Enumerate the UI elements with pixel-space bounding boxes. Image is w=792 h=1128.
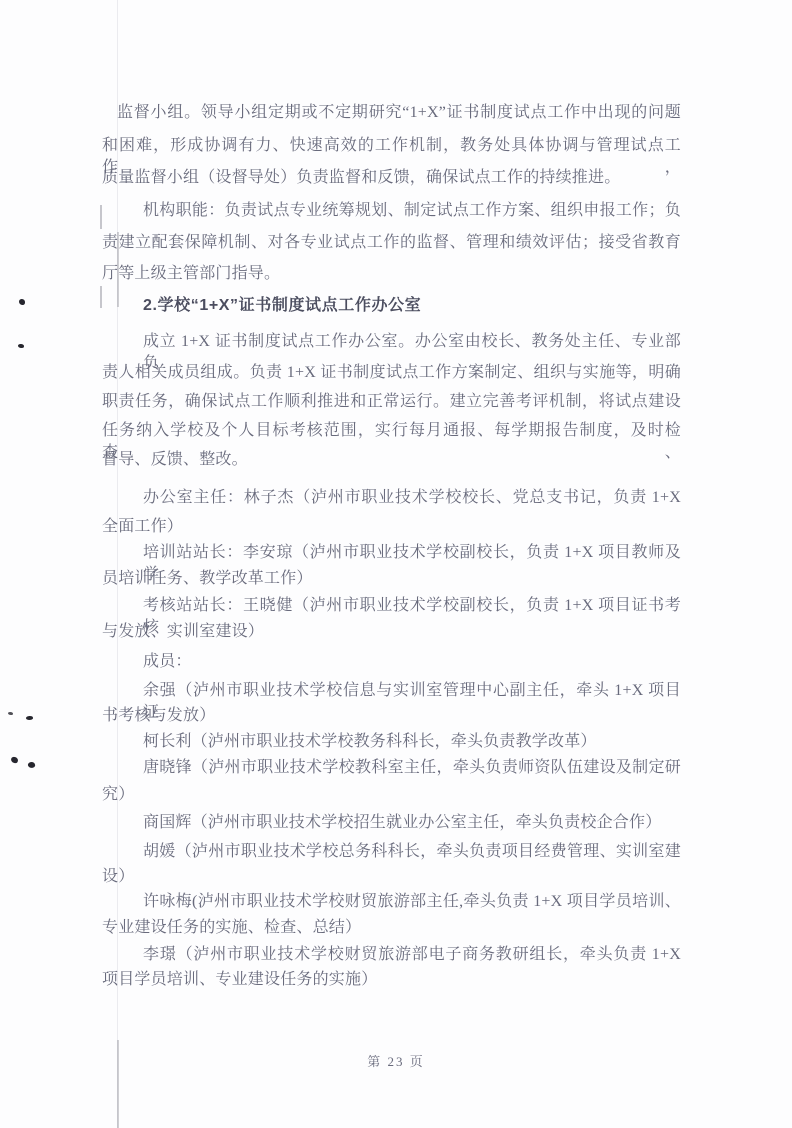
text-line: 成员： [102, 651, 681, 673]
text-line: 唐晓锋（泸州市职业技术学校教科室主任，牵头负责师资队伍建设及制定研 [102, 757, 681, 779]
text-line: 柯长利（泸州市职业技术学校教务科科长，牵头负责教学改革） [102, 731, 681, 753]
ink-speck [27, 761, 35, 769]
text-line: 设） [102, 866, 681, 888]
text-line: 项目学员培训、专业建设任务的实施） [102, 969, 681, 991]
text-line: 专业建设任务的实施、检查、总结） [102, 917, 681, 939]
text-line: 厅等上级主管部门指导。 [102, 263, 681, 285]
document-page: 监督小组。领导小组定期或不定期研究“1+X”证书制度试点工作中出现的问题和困难，… [0, 0, 792, 1128]
section-heading-line: 2.学校“1+X”证书制度试点工作办公室 [102, 295, 681, 317]
text-line: 李璟（泸州市职业技术学校财贸旅游部电子商务教研组长，牵头负责 1+X [102, 944, 681, 966]
text-line: 书考核与发放） [102, 705, 681, 727]
text-line: 责人相关成员组成。负责 1+X 证书制度试点工作方案制定、组织与实施等，明确 [102, 362, 681, 384]
text-line: 究） [102, 784, 681, 806]
ink-speck [10, 756, 18, 763]
text-line: 胡媛（泸州市职业技术学校总务科科长，牵头负责项目经费管理、实训室建 [102, 841, 681, 863]
ink-speck [8, 712, 13, 715]
text-line: 办公室主任：林子杰（泸州市职业技术学校校长、党总支书记，负责 1+X [102, 487, 681, 509]
text-line: 监督小组。领导小组定期或不定期研究“1+X”证书制度试点工作中出现的问题 [102, 102, 681, 124]
ink-speck [26, 716, 33, 721]
text-line: 机构职能：负责试点专业统筹规划、制定试点工作方案、组织申报工作；负 [102, 200, 681, 222]
text-line: 全面工作） [102, 516, 681, 538]
text-line: 责建立配套保障机制、对各专业试点工作的监督、管理和绩效评估；接受省教育 [102, 232, 681, 254]
text-line: 商国辉（泸州市职业技术学校招生就业办公室主任，牵头负责校企合作） [102, 812, 681, 834]
text-line: 职责任务，确保试点工作顺利推进和正常运行。建立完善考评机制，将试点建设 [102, 391, 681, 413]
text-line: 与发放、实训室建设） [102, 621, 681, 643]
ink-speck [18, 344, 24, 348]
page-number-footer: 第 23 页 [0, 1051, 792, 1070]
text-line: 许咏梅(泸州市职业技术学校财贸旅游部主任,牵头负责 1+X 项目学员培训、 [102, 891, 681, 913]
text-line: 员培训任务、教学改革工作） [102, 568, 681, 590]
ink-speck [19, 299, 25, 305]
text-line: 质量监督小组（设督导处）负责监督和反馈，确保试点工作的持续推进。 [102, 167, 681, 189]
text-line: 督导、反馈、整改。 [102, 449, 681, 471]
